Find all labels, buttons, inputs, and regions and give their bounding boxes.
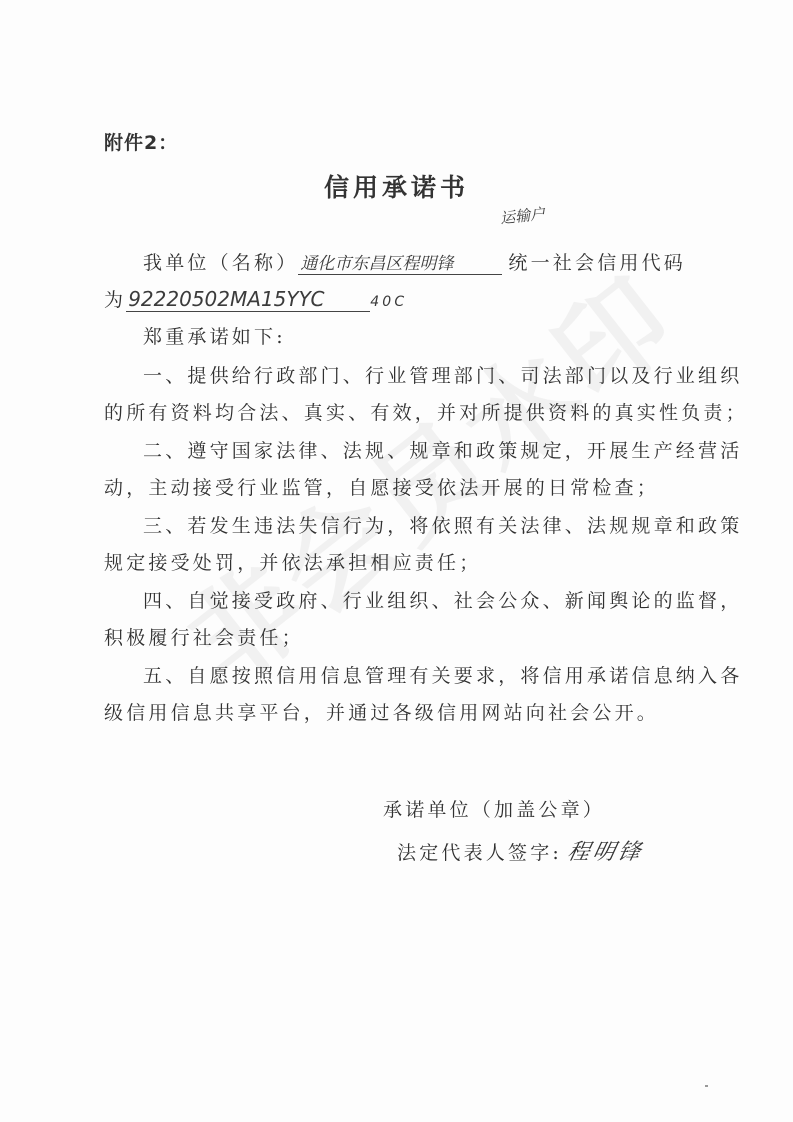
commitment-1-line-1: 一、提供给行政部门、行业管理部门、司法部门以及行业组织 [143,361,742,388]
commitment-1-line-2: 的所有资料均合法、真实、有效，并对所提供资料的真实性负责； [104,398,748,425]
handwritten-unit-name: 通化市东昌区程明锋 [298,249,502,275]
scan-speck [705,1085,708,1087]
signoff-unit-label: 承诺单位（加盖公章） [383,795,605,822]
lead-in: 郑重承诺如下: [143,322,286,349]
intro-suffix: 统一社会信用代码 [508,252,686,274]
commitment-4-line-2: 积极履行社会责任； [104,623,304,650]
commitment-3-line-1: 三、若发生违法失信行为，将依照有关法律、法规规章和政策 [143,511,742,538]
commitment-2-line-2: 动，主动接受行业监管，自愿接受依法开展的日常检查； [104,473,659,500]
commitment-5-line-1: 五、自愿按照信用信息管理有关要求，将信用承诺信息纳入各 [143,661,742,688]
intro-prefix: 我单位（名称） [143,252,298,274]
document-page: 非会员水印 附件2： 信用承诺书 运输户 我单位（名称）通化市东昌区程明锋统一社… [0,0,793,1122]
intro-line-1: 我单位（名称）通化市东昌区程明锋统一社会信用代码 [143,248,686,275]
commitment-2-line-1: 二、遵守国家法律、法规、规章和政策规定，开展生产经营活 [143,436,742,463]
handwritten-credit-code-tail: 40C [370,294,407,310]
commitment-4-line-1: 四、自觉接受政府、行业组织、社会公众、新闻舆论的监督， [143,586,742,613]
handwritten-name-suffix: 运输户 [499,203,546,229]
signoff-rep-label: 法定代表人签字: [397,842,562,864]
handwritten-credit-code: 92220502MA15YYC [126,287,370,312]
rep-signature: 程明锋 [565,835,647,866]
attachment-label: 附件2： [104,128,178,155]
document-title: 信用承诺书 [0,168,793,204]
intro-line-2: 为92220502MA15YYC40C [104,285,407,312]
code-prefix: 为 [104,289,126,311]
signoff-rep-line: 法定代表人签字:程明锋 [397,835,644,866]
commitment-5-line-2: 级信用信息共享平台，并通过各级信用网站向社会公开。 [104,698,659,725]
commitment-3-line-2: 规定接受处罚，并依法承担相应责任； [104,548,481,575]
